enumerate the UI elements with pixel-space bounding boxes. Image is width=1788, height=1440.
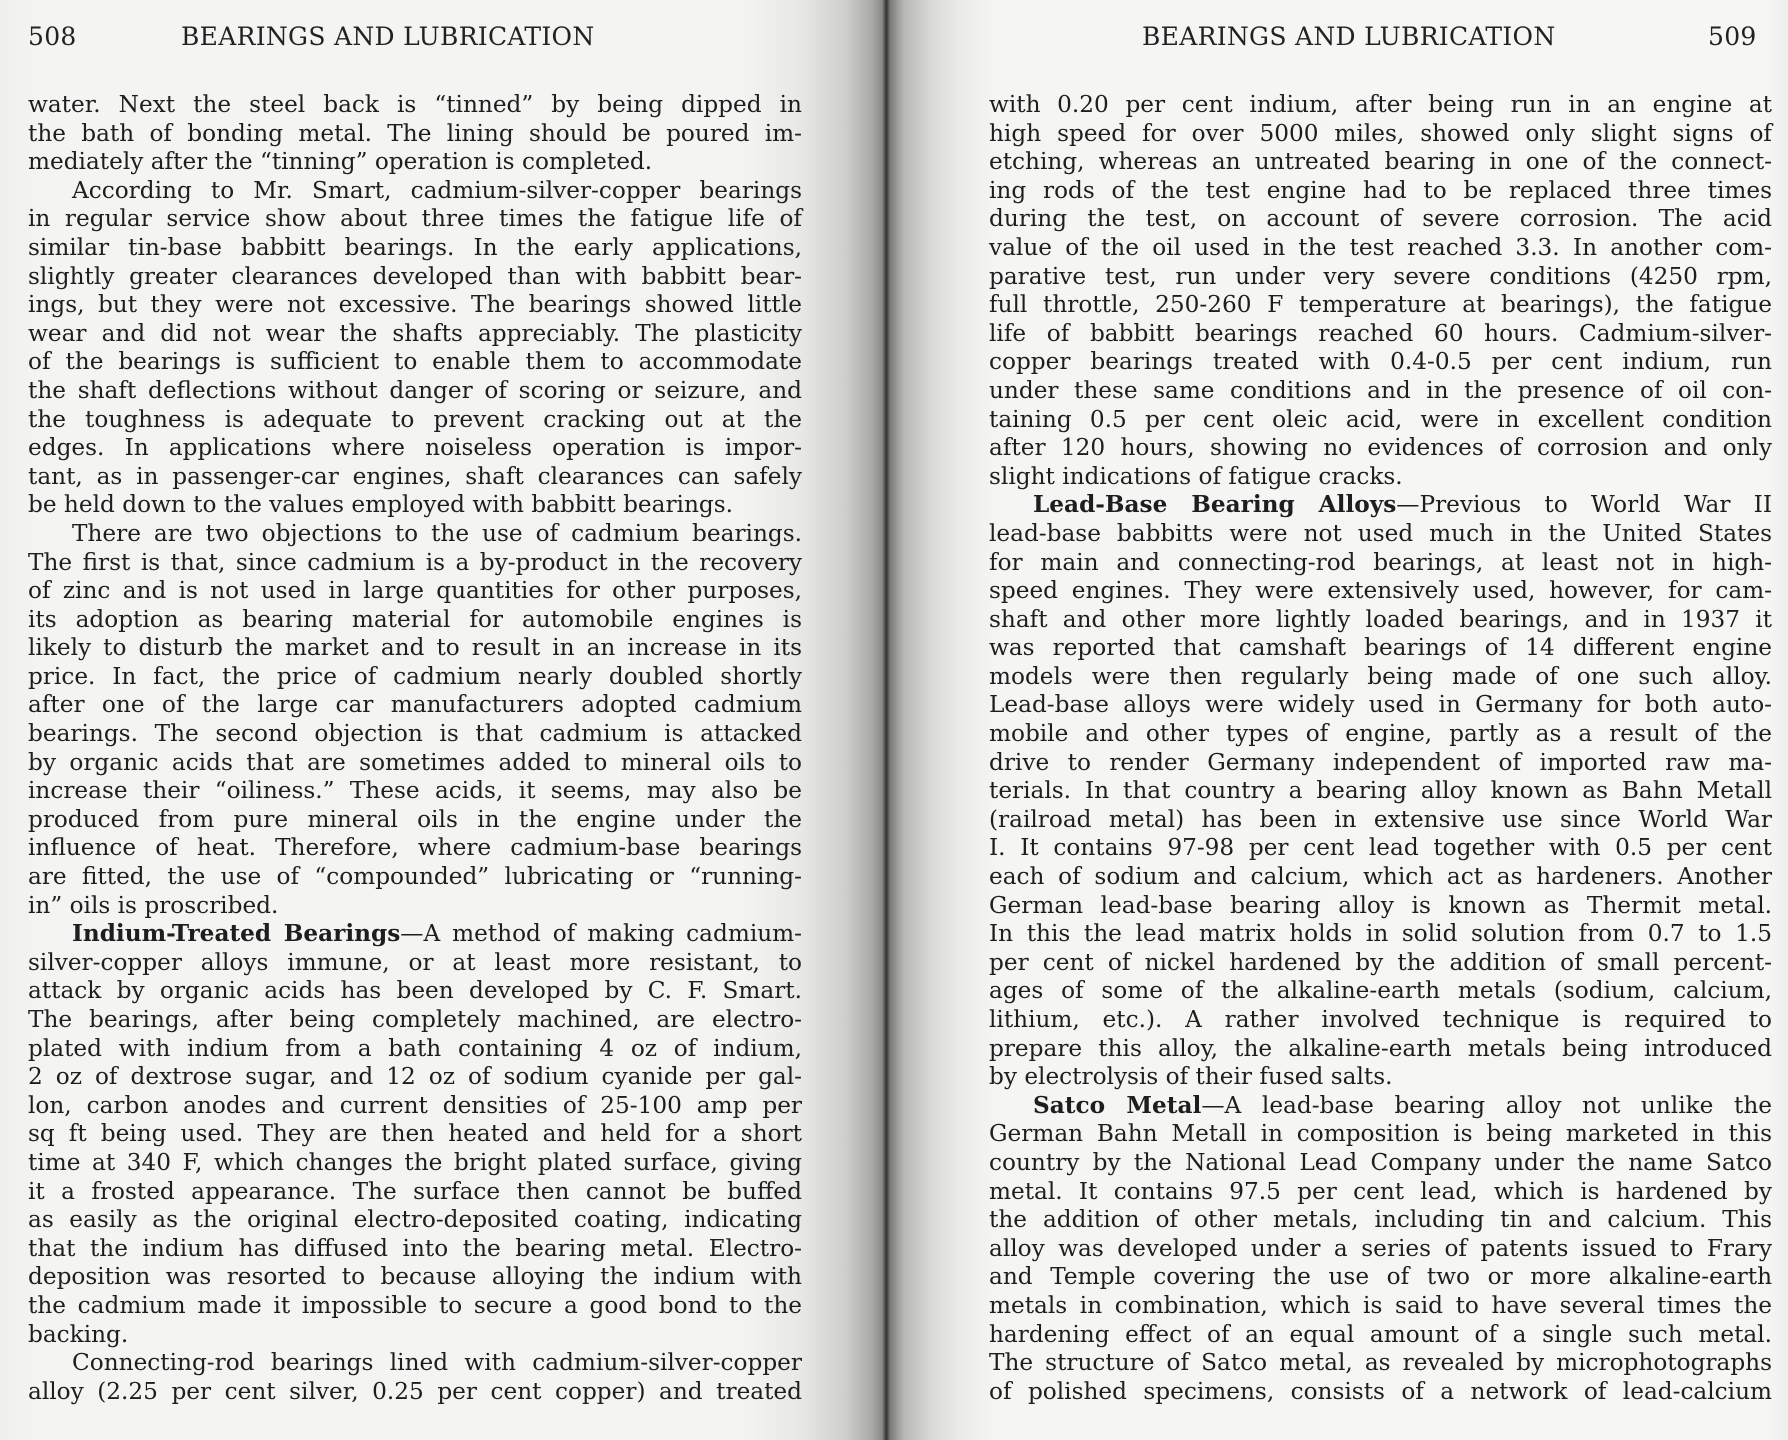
text-line: high speed for over 5000 miles, showed o…: [989, 120, 1772, 149]
text-line: sq ft being used. They are then heated a…: [28, 1120, 802, 1149]
text-line: parative test, run under very severe con…: [989, 263, 1772, 292]
line-text: similar tin-base babbitt bearings. In th…: [28, 234, 802, 261]
line-text: under these same conditions and in the p…: [989, 377, 1772, 404]
text-line: I. It contains 97-98 per cent lead toget…: [989, 834, 1772, 863]
text-line: by electrolysis of their fused salts.: [989, 1063, 1772, 1092]
text-line: its adoption as bearing material for aut…: [28, 606, 802, 635]
text-line: water. Next the steel back is “tinned” b…: [28, 91, 802, 120]
line-text: influence of heat. Therefore, where cadm…: [28, 834, 802, 861]
text-line: mobile and other types of engine, partly…: [989, 720, 1772, 749]
text-line: the shaft deflections without danger of …: [28, 377, 802, 406]
text-line: increase their “oiliness.” These acids, …: [28, 777, 802, 806]
text-line: shaft and other more lightly loaded bear…: [989, 606, 1772, 635]
left-page: 508 BEARINGS AND LUBRICATION water. Next…: [0, 0, 886, 1440]
line-text: copper bearings treated with 0.4-0.5 per…: [989, 348, 1772, 375]
text-line: was reported that camshaft bearings of 1…: [989, 634, 1772, 663]
line-text: deposition was resorted to because alloy…: [28, 1263, 802, 1290]
line-text: produced from pure mineral oils in the e…: [28, 806, 802, 833]
text-line: influence of heat. Therefore, where cadm…: [28, 834, 802, 863]
line-text: terials. In that country a bearing alloy…: [989, 777, 1772, 804]
book-spread: 508 BEARINGS AND LUBRICATION water. Next…: [0, 0, 1788, 1440]
text-line: likely to disturb the market and to resu…: [28, 634, 802, 663]
line-text: models were then regularly being made of…: [989, 663, 1772, 690]
text-line: of the bearings is sufficient to enable …: [28, 348, 802, 377]
text-line: the bath of bonding metal. The lining sh…: [28, 120, 802, 149]
text-line: (railroad metal) has been in extensive u…: [989, 806, 1772, 835]
text-line: German lead-base bearing alloy is known …: [989, 892, 1772, 921]
line-text: mediately after the “tinning” operation …: [28, 148, 652, 175]
line-text: it a frosted appearance. The surface the…: [28, 1178, 802, 1205]
section-heading: Satco Metal: [1033, 1092, 1201, 1119]
line-text: taining 0.5 per cent oleic acid, were in…: [989, 406, 1772, 433]
section-heading: Indium-Treated Bearings: [72, 920, 400, 947]
line-text: There are two objections to the use of c…: [72, 520, 802, 547]
text-line: copper bearings treated with 0.4-0.5 per…: [989, 348, 1772, 377]
text-line: slight indications of fatigue cracks.: [989, 463, 1772, 492]
text-line: under these same conditions and in the p…: [989, 377, 1772, 406]
left-body-text: water. Next the steel back is “tinned” b…: [28, 91, 802, 1406]
line-text: shaft and other more lightly loaded bear…: [989, 606, 1772, 633]
text-line: drive to render Germany independent of i…: [989, 749, 1772, 778]
line-text: each of sodium and calcium, which act as…: [989, 863, 1772, 890]
line-text: tant, as in passenger-car engines, shaft…: [28, 463, 802, 490]
text-line: that the indium has diffused into the be…: [28, 1235, 802, 1264]
line-text: are fitted, the use of “compounded” lubr…: [28, 863, 802, 890]
line-text: slightly greater clearances developed th…: [28, 263, 802, 290]
text-line: as easily as the original electro-deposi…: [28, 1206, 802, 1235]
text-line: of zinc and is not used in large quantit…: [28, 577, 802, 606]
text-line: after one of the large car manufacturers…: [28, 691, 802, 720]
line-text: I. It contains 97-98 per cent lead toget…: [989, 834, 1772, 861]
line-text: 2 oz of dextrose sugar, and 12 oz of sod…: [28, 1063, 802, 1090]
right-page: BEARINGS AND LUBRICATION 509 with 0.20 p…: [886, 0, 1788, 1440]
line-text: plated with indium from a bath containin…: [28, 1035, 802, 1062]
text-line: tant, as in passenger-car engines, shaft…: [28, 463, 802, 492]
line-text: the bath of bonding metal. The lining sh…: [28, 120, 802, 147]
text-line: the cadmium made it impossible to secure…: [28, 1292, 802, 1321]
line-text: mobile and other types of engine, partly…: [989, 720, 1772, 747]
line-text: ings, but they were not excessive. The b…: [28, 291, 802, 318]
text-line: after 120 hours, showing no evidences of…: [989, 434, 1772, 463]
line-text: drive to render Germany independent of i…: [989, 749, 1772, 776]
text-line: In this the lead matrix holds in solid s…: [989, 920, 1772, 949]
line-text: lead-base babbitts were not used much in…: [989, 520, 1772, 547]
line-text: lithium, etc.). A rather involved techni…: [989, 1006, 1772, 1033]
text-line: the toughness is adequate to prevent cra…: [28, 406, 802, 435]
line-text: German lead-base bearing alloy is known …: [989, 892, 1772, 919]
text-line: with 0.20 per cent indium, after being r…: [989, 91, 1772, 120]
line-text: of the bearings is sufficient to enable …: [28, 348, 802, 375]
line-text: price. In fact, the price of cadmium nea…: [28, 663, 802, 690]
line-text: metals in combination, which is said to …: [989, 1292, 1772, 1319]
text-line: country by the National Lead Company und…: [989, 1149, 1772, 1178]
text-line: bearings. The second objection is that c…: [28, 720, 802, 749]
text-line: per cent of nickel hardened by the addit…: [989, 949, 1772, 978]
text-line: The structure of Satco metal, as reveale…: [989, 1349, 1772, 1378]
text-line: produced from pure mineral oils in the e…: [28, 806, 802, 835]
text-line: deposition was resorted to because alloy…: [28, 1263, 802, 1292]
line-text: bearings. The second objection is that c…: [28, 720, 802, 747]
text-line: Indium-Treated Bearings—A method of maki…: [28, 920, 802, 949]
line-text: metal. It contains 97.5 per cent lead, w…: [989, 1178, 1772, 1205]
line-text: life of babbitt bearings reached 60 hour…: [989, 320, 1772, 347]
line-text: According to Mr. Smart, cadmium-silver-c…: [72, 177, 802, 204]
text-line: metals in combination, which is said to …: [989, 1292, 1772, 1321]
line-text: —A lead-base bearing alloy not unlike th…: [1201, 1092, 1772, 1119]
text-line: of polished specimens, consists of a net…: [989, 1378, 1772, 1407]
line-text: In this the lead matrix holds in solid s…: [989, 920, 1772, 947]
text-line: during the test, on account of severe co…: [989, 205, 1772, 234]
page-number: 509: [1708, 22, 1757, 51]
text-line: the addition of other metals, including …: [989, 1206, 1772, 1235]
text-line: According to Mr. Smart, cadmium-silver-c…: [28, 177, 802, 206]
text-line: mediately after the “tinning” operation …: [28, 148, 802, 177]
text-line: ings, but they were not excessive. The b…: [28, 291, 802, 320]
line-text: slight indications of fatigue cracks.: [989, 463, 1403, 490]
line-text: by electrolysis of their fused salts.: [989, 1063, 1392, 1090]
line-text: etching, whereas an untreated bearing in…: [989, 148, 1772, 175]
text-line: for main and connecting-rod bearings, at…: [989, 549, 1772, 578]
text-line: it a frosted appearance. The surface the…: [28, 1178, 802, 1207]
text-line: hardening effect of an equal amount of a…: [989, 1321, 1772, 1350]
running-head: BEARINGS AND LUBRICATION: [181, 22, 595, 51]
text-line: wear and did not wear the shafts appreci…: [28, 320, 802, 349]
line-text: during the test, on account of severe co…: [989, 205, 1772, 232]
line-text: ages of some of the alkaline-earth metal…: [989, 977, 1772, 1004]
line-text: The structure of Satco metal, as reveale…: [989, 1349, 1772, 1376]
text-line: metal. It contains 97.5 per cent lead, w…: [989, 1178, 1772, 1207]
text-line: alloy was developed under a series of pa…: [989, 1235, 1772, 1264]
line-text: lon, carbon anodes and current densities…: [28, 1092, 802, 1119]
line-text: parative test, run under very severe con…: [989, 263, 1772, 290]
text-line: The bearings, after being completely mac…: [28, 1006, 802, 1035]
text-line: etching, whereas an untreated bearing in…: [989, 148, 1772, 177]
text-line: ages of some of the alkaline-earth metal…: [989, 977, 1772, 1006]
line-text: ing rods of the test engine had to be re…: [989, 177, 1772, 204]
line-text: value of the oil used in the test reache…: [989, 234, 1772, 261]
line-text: silver-copper alloys immune, or at least…: [28, 949, 802, 976]
running-head: BEARINGS AND LUBRICATION: [1142, 22, 1556, 51]
line-text: country by the National Lead Company und…: [989, 1149, 1772, 1176]
line-text: was reported that camshaft bearings of 1…: [989, 634, 1772, 661]
text-line: Satco Metal—A lead-base bearing alloy no…: [989, 1092, 1772, 1121]
line-text: of polished specimens, consists of a net…: [989, 1378, 1772, 1405]
text-line: life of babbitt bearings reached 60 hour…: [989, 320, 1772, 349]
line-text: —Previous to World War II: [1396, 491, 1772, 518]
line-text: increase their “oiliness.” These acids, …: [28, 777, 802, 804]
line-text: and Temple covering the use of two or mo…: [989, 1263, 1772, 1290]
right-body-text: with 0.20 per cent indium, after being r…: [989, 91, 1772, 1406]
text-line: German Bahn Metall in composition is bei…: [989, 1120, 1772, 1149]
page-number: 508: [28, 22, 77, 51]
text-line: similar tin-base babbitt bearings. In th…: [28, 234, 802, 263]
section-heading: Lead-Base Bearing Alloys: [1033, 491, 1396, 518]
line-text: likely to disturb the market and to resu…: [28, 634, 802, 661]
line-text: the cadmium made it impossible to secure…: [28, 1292, 802, 1319]
text-line: slightly greater clearances developed th…: [28, 263, 802, 292]
text-line: terials. In that country a bearing alloy…: [989, 777, 1772, 806]
text-line: time at 340 F, which changes the bright …: [28, 1149, 802, 1178]
line-text: of zinc and is not used in large quantit…: [28, 577, 802, 604]
line-text: after one of the large car manufacturers…: [28, 691, 802, 718]
text-line: lead-base babbitts were not used much in…: [989, 520, 1772, 549]
text-line: The first is that, since cadmium is a by…: [28, 549, 802, 578]
text-line: ing rods of the test engine had to be re…: [989, 177, 1772, 206]
text-line: 2 oz of dextrose sugar, and 12 oz of sod…: [28, 1063, 802, 1092]
text-line: and Temple covering the use of two or mo…: [989, 1263, 1772, 1292]
line-text: Lead-base alloys were widely used in Ger…: [989, 691, 1772, 718]
line-text: high speed for over 5000 miles, showed o…: [989, 120, 1772, 147]
line-text: German Bahn Metall in composition is bei…: [989, 1120, 1772, 1147]
text-line: in regular service show about three time…: [28, 205, 802, 234]
text-line: speed engines. They were extensively use…: [989, 577, 1772, 606]
text-line: be held down to the values employed with…: [28, 491, 802, 520]
text-line: taining 0.5 per cent oleic acid, were in…: [989, 406, 1772, 435]
line-text: wear and did not wear the shafts appreci…: [28, 320, 802, 347]
line-text: Connecting-rod bearings lined with cadmi…: [72, 1349, 802, 1376]
line-text: The first is that, since cadmium is a by…: [28, 549, 802, 576]
line-text: for main and connecting-rod bearings, at…: [989, 549, 1772, 576]
line-text: alloy (2.25 per cent silver, 0.25 per ce…: [28, 1378, 802, 1405]
text-line: Lead-base alloys were widely used in Ger…: [989, 691, 1772, 720]
line-text: water. Next the steel back is “tinned” b…: [28, 91, 802, 118]
text-line: Connecting-rod bearings lined with cadmi…: [28, 1349, 802, 1378]
text-line: There are two objections to the use of c…: [28, 520, 802, 549]
text-line: models were then regularly being made of…: [989, 663, 1772, 692]
text-line: plated with indium from a bath containin…: [28, 1035, 802, 1064]
line-text: after 120 hours, showing no evidences of…: [989, 434, 1772, 461]
text-line: attack by organic acids has been develop…: [28, 977, 802, 1006]
line-text: be held down to the values employed with…: [28, 491, 733, 518]
line-text: backing.: [28, 1321, 128, 1348]
line-text: in” oils is proscribed.: [28, 892, 278, 919]
text-line: each of sodium and calcium, which act as…: [989, 863, 1772, 892]
line-text: (railroad metal) has been in extensive u…: [989, 806, 1772, 833]
text-line: lon, carbon anodes and current densities…: [28, 1092, 802, 1121]
text-line: price. In fact, the price of cadmium nea…: [28, 663, 802, 692]
line-text: edges. In applications where noiseless o…: [28, 434, 802, 461]
line-text: —A method of making cadmium-: [400, 920, 802, 947]
text-line: silver-copper alloys immune, or at least…: [28, 949, 802, 978]
text-line: are fitted, the use of “compounded” lubr…: [28, 863, 802, 892]
line-text: by organic acids that are sometimes adde…: [28, 749, 802, 776]
line-text: per cent of nickel hardened by the addit…: [989, 949, 1772, 976]
line-text: attack by organic acids has been develop…: [28, 977, 802, 1004]
line-text: its adoption as bearing material for aut…: [28, 606, 802, 633]
line-text: speed engines. They were extensively use…: [989, 577, 1772, 604]
line-text: the toughness is adequate to prevent cra…: [28, 406, 802, 433]
text-line: value of the oil used in the test reache…: [989, 234, 1772, 263]
line-text: full throttle, 250-260 F temperature at …: [989, 291, 1772, 318]
line-text: sq ft being used. They are then heated a…: [28, 1120, 802, 1147]
line-text: The bearings, after being completely mac…: [28, 1006, 802, 1033]
line-text: in regular service show about three time…: [28, 205, 802, 232]
line-text: the shaft deflections without danger of …: [28, 377, 802, 404]
line-text: time at 340 F, which changes the bright …: [28, 1149, 802, 1176]
text-line: backing.: [28, 1321, 802, 1350]
text-line: Lead-Base Bearing Alloys—Previous to Wor…: [989, 491, 1772, 520]
line-text: as easily as the original electro-deposi…: [28, 1206, 802, 1233]
line-text: alloy was developed under a series of pa…: [989, 1235, 1772, 1262]
text-line: lithium, etc.). A rather involved techni…: [989, 1006, 1772, 1035]
text-line: by organic acids that are sometimes adde…: [28, 749, 802, 778]
text-line: in” oils is proscribed.: [28, 892, 802, 921]
line-text: the addition of other metals, including …: [989, 1206, 1772, 1233]
line-text: with 0.20 per cent indium, after being r…: [989, 91, 1772, 118]
line-text: prepare this alloy, the alkaline-earth m…: [989, 1035, 1772, 1062]
text-line: full throttle, 250-260 F temperature at …: [989, 291, 1772, 320]
text-line: alloy (2.25 per cent silver, 0.25 per ce…: [28, 1378, 802, 1407]
text-line: edges. In applications where noiseless o…: [28, 434, 802, 463]
text-line: prepare this alloy, the alkaline-earth m…: [989, 1035, 1772, 1064]
line-text: hardening effect of an equal amount of a…: [989, 1321, 1772, 1348]
line-text: that the indium has diffused into the be…: [28, 1235, 802, 1262]
